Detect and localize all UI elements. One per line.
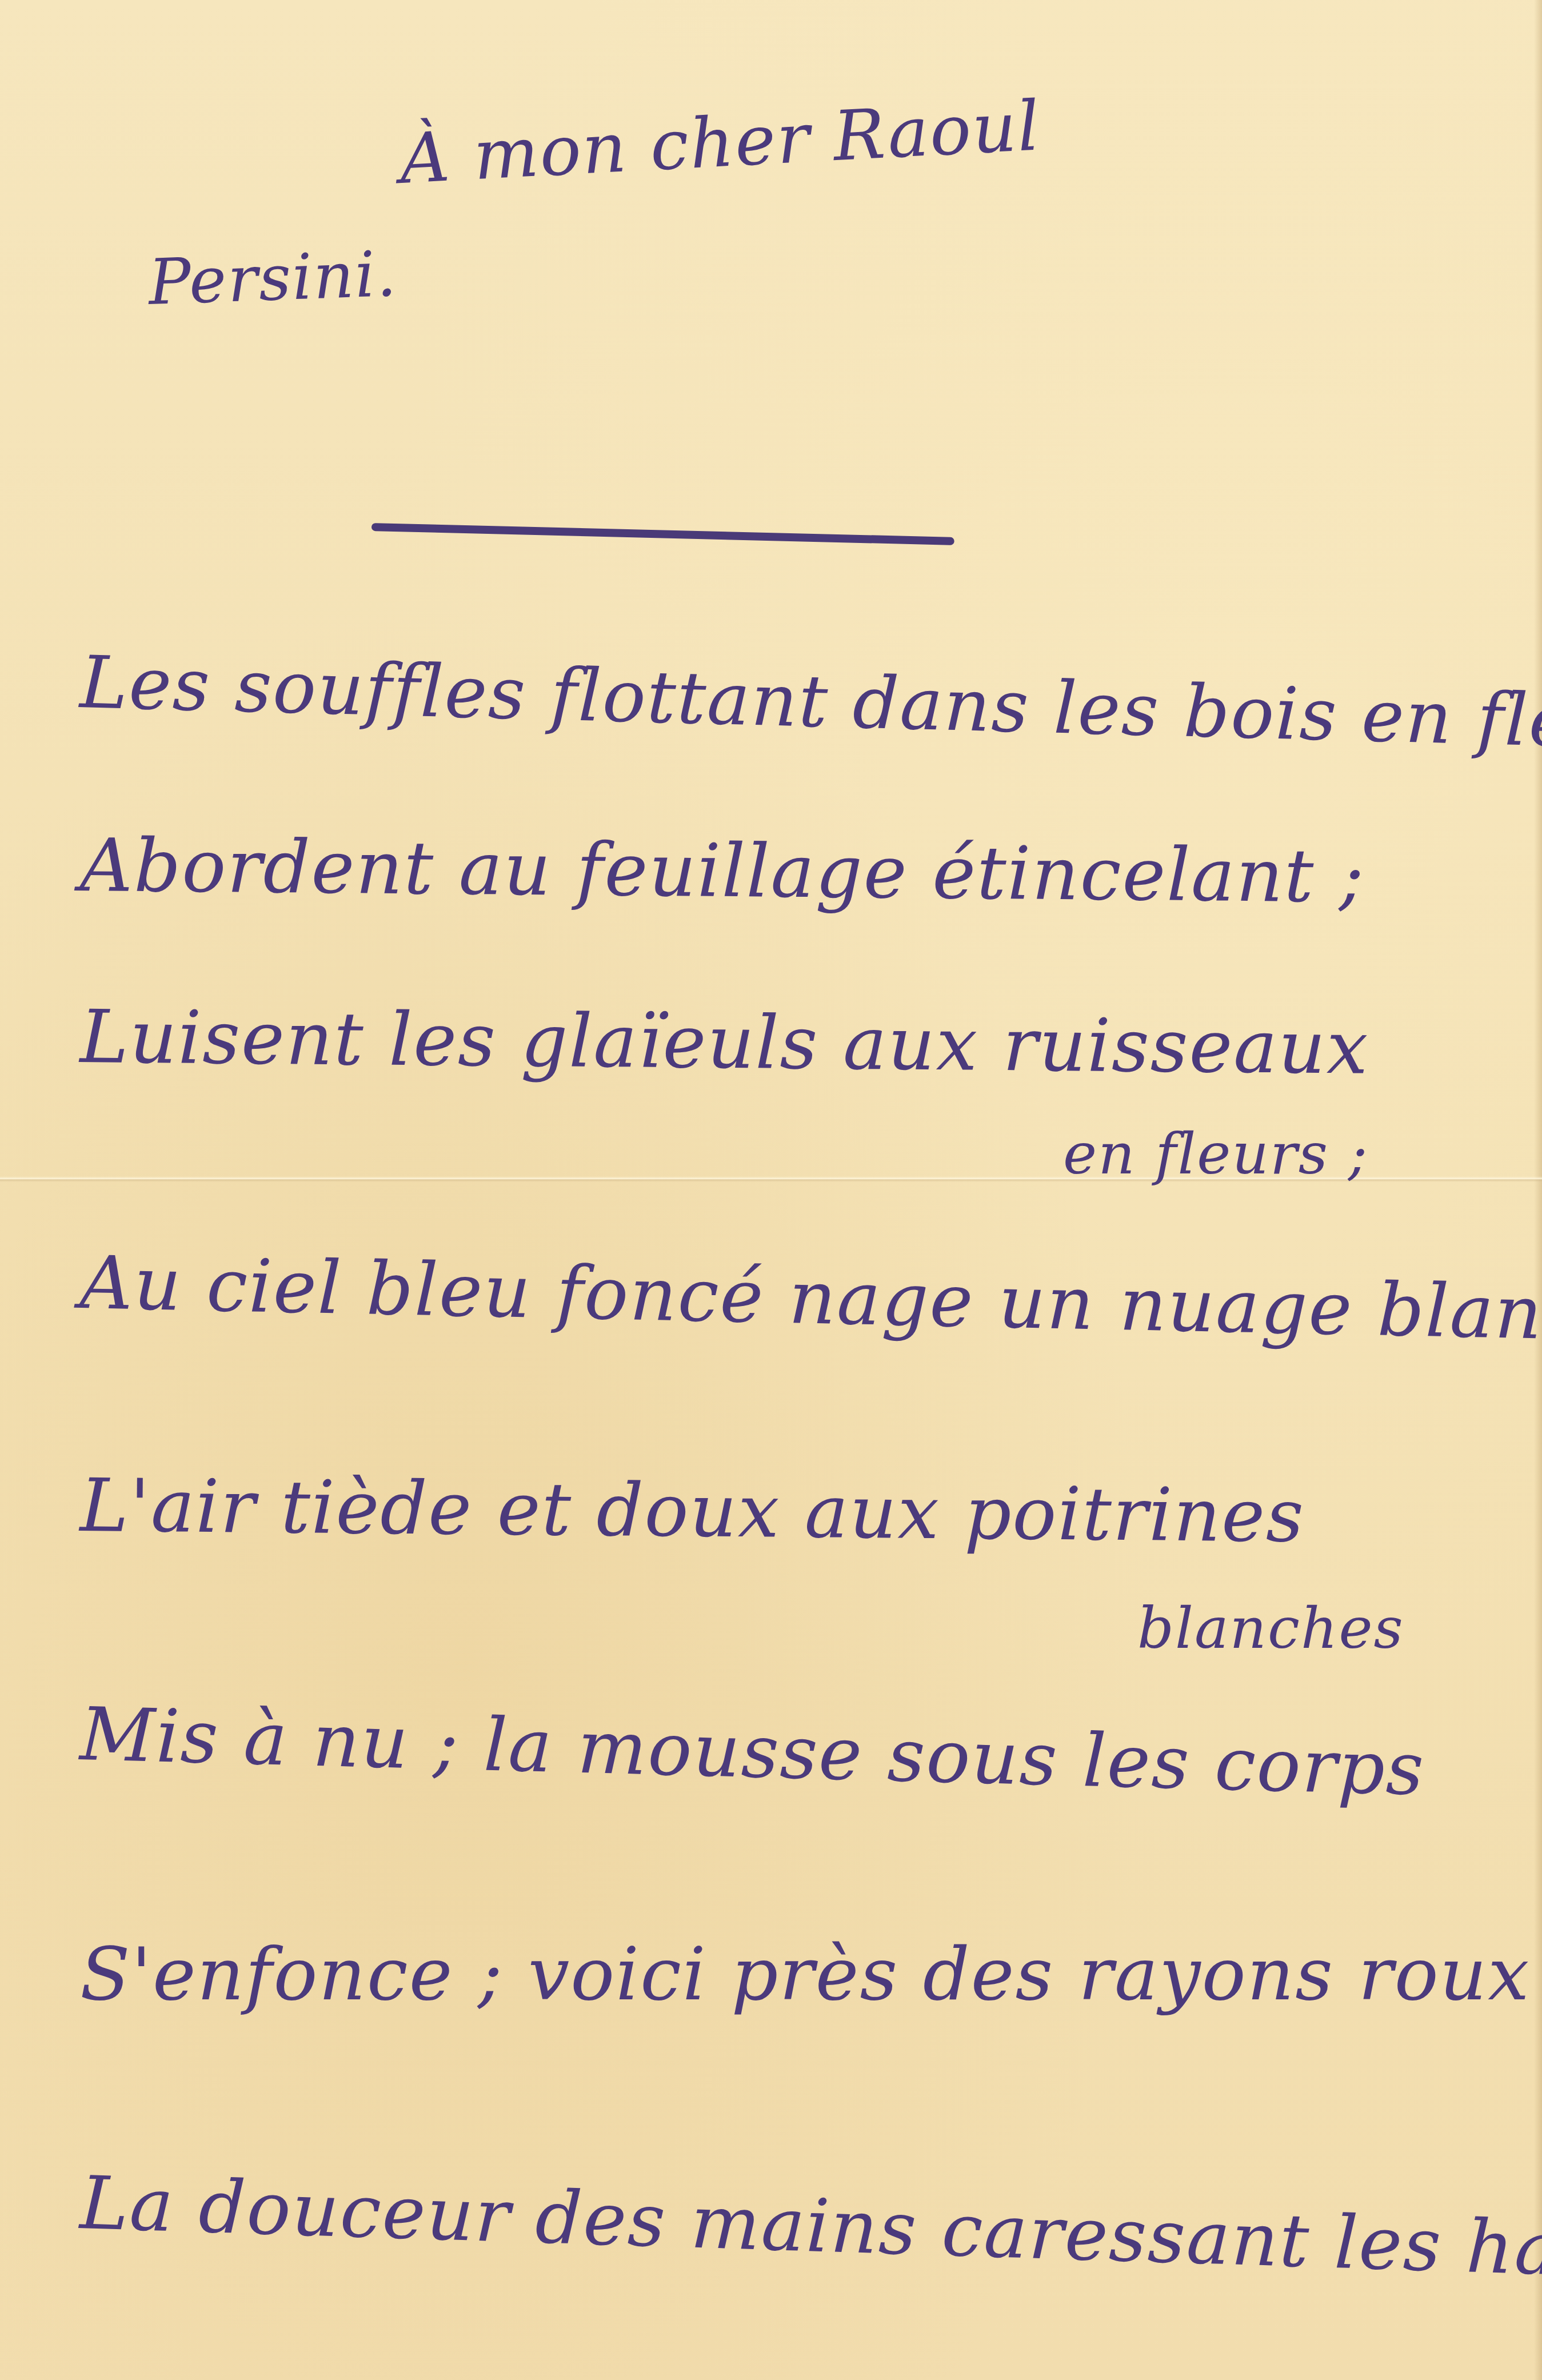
verse-line-5-continuation: blanches bbox=[1137, 1595, 1404, 1662]
verse-line-1: Les souffles flottant dans les bois en f… bbox=[79, 640, 1542, 766]
verse-line-4: Au ciel bleu foncé nage un nuage blanc. bbox=[79, 1240, 1542, 1357]
verse-line-3: Luisent les glaïeuls aux ruisseaux bbox=[79, 995, 1369, 1091]
verse-line-3-continuation: en fleurs ; bbox=[1063, 1120, 1369, 1187]
verse-line-7: S'enfonce ; voici près des rayons roux bbox=[80, 1932, 1530, 2017]
manuscript-page: À mon cher Raoul Persini. Les souffles f… bbox=[0, 0, 1542, 2380]
divider-rule bbox=[371, 523, 954, 545]
verse-line-6: Mis à nu ; la mousse sous les corps bbox=[79, 1692, 1426, 1812]
verse-line-8: La douceur des mains caressant les hanch… bbox=[79, 2161, 1542, 2299]
verse-line-5: L'air tiède et doux aux poitrines bbox=[79, 1463, 1305, 1559]
paper-edge bbox=[1534, 0, 1542, 2380]
dedication-line-1: À mon cher Raoul bbox=[398, 86, 1042, 199]
verse-line-2: Abordent au feuillage étincelant ; bbox=[79, 823, 1365, 920]
dedication-line-2: Persini. bbox=[147, 237, 399, 319]
